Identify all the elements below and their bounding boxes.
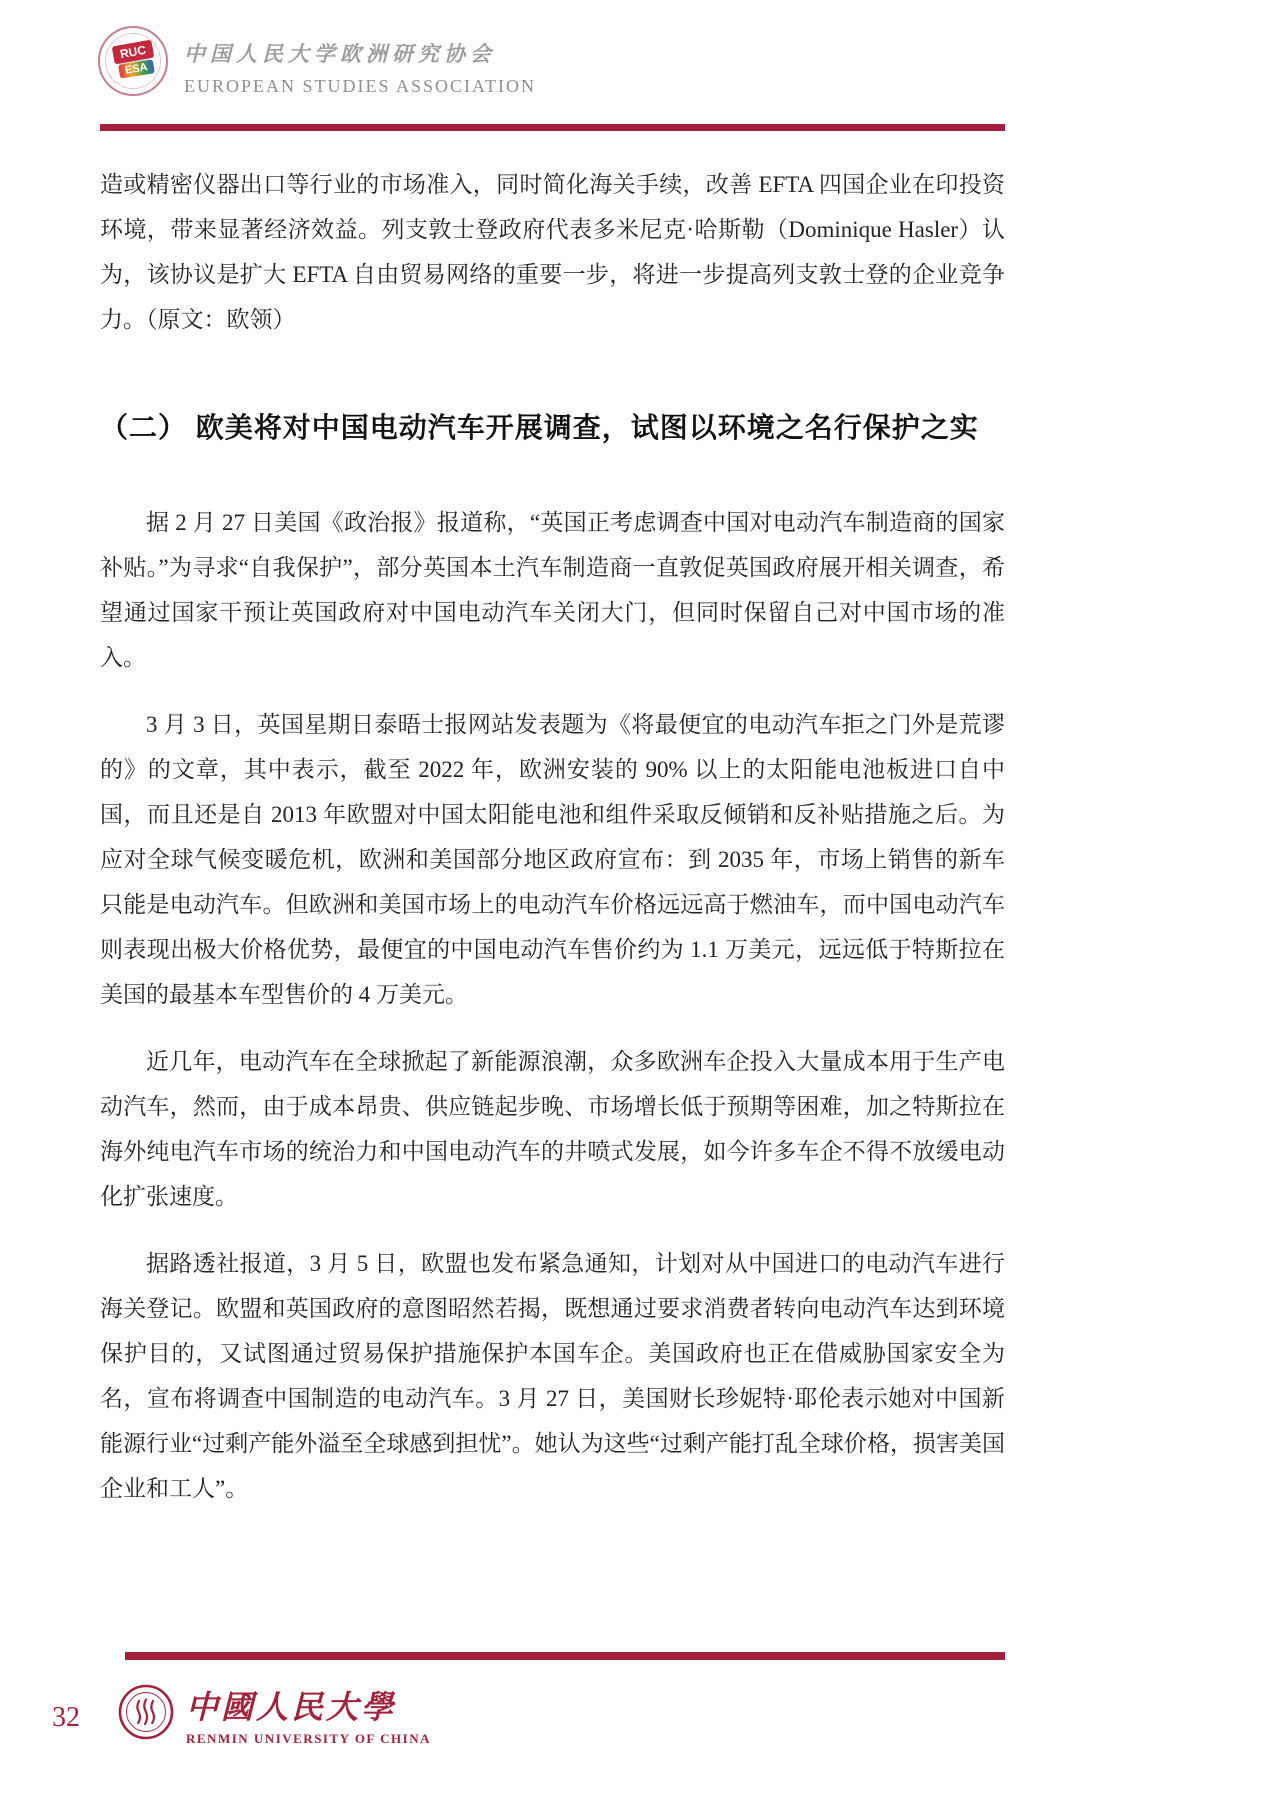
body-paragraph: 3 月 3 日，英国星期日泰晤士报网站发表题为《将最便宜的电动汽车拒之门外是荒谬… xyxy=(100,702,1005,1017)
university-name-chinese: 中國人民大學 xyxy=(186,1682,431,1728)
footer-university-text: 中國人民大學 RENMIN UNIVERSITY OF CHINA xyxy=(186,1682,431,1747)
page-content: 造或精密仪器出口等行业的市场准入，同时简化海关手续，改善 EFTA 四国企业在印… xyxy=(100,162,1005,1533)
footer-logo: 中國人民大學 RENMIN UNIVERSITY OF CHINA xyxy=(118,1682,431,1747)
university-name-english: RENMIN UNIVERSITY OF CHINA xyxy=(186,1731,431,1747)
body-paragraph: 造或精密仪器出口等行业的市场准入，同时简化海关手续，改善 EFTA 四国企业在印… xyxy=(100,162,1005,342)
ruc-seal-icon xyxy=(118,1684,174,1745)
header-org-text: 中国人民大学欧洲研究协会 EUROPEAN STUDIES ASSOCIATIO… xyxy=(184,26,536,97)
section-heading: （二） 欧美将对中国电动汽车开展调查，试图以环境之名行保护之实 xyxy=(100,406,1005,446)
body-paragraph: 据 2 月 27 日美国《政治报》报道称，“英国正考虑调查中国对电动汽车制造商的… xyxy=(100,500,1005,680)
header-divider-rule xyxy=(100,124,1005,131)
org-name-chinese: 中国人民大学欧洲研究协会 xyxy=(184,38,536,68)
esa-seal-icon: RUC ESA xyxy=(98,26,168,96)
document-page: RUC ESA 中国人民大学欧洲研究协会 EUROPEAN STUDIES AS… xyxy=(0,0,1280,1810)
body-paragraph: 据路透社报道，3 月 5 日，欧盟也发布紧急通知，计划对从中国进口的电动汽车进行… xyxy=(100,1241,1005,1511)
footer-divider-rule xyxy=(125,1652,1005,1660)
header-logo: RUC ESA 中国人民大学欧洲研究协会 EUROPEAN STUDIES AS… xyxy=(98,26,536,97)
page-number: 32 xyxy=(52,1702,80,1734)
body-paragraph: 近几年，电动汽车在全球掀起了新能源浪潮，众多欧洲车企投入大量成本用于生产电动汽车… xyxy=(100,1039,1005,1219)
org-name-english: EUROPEAN STUDIES ASSOCIATION xyxy=(184,76,536,97)
